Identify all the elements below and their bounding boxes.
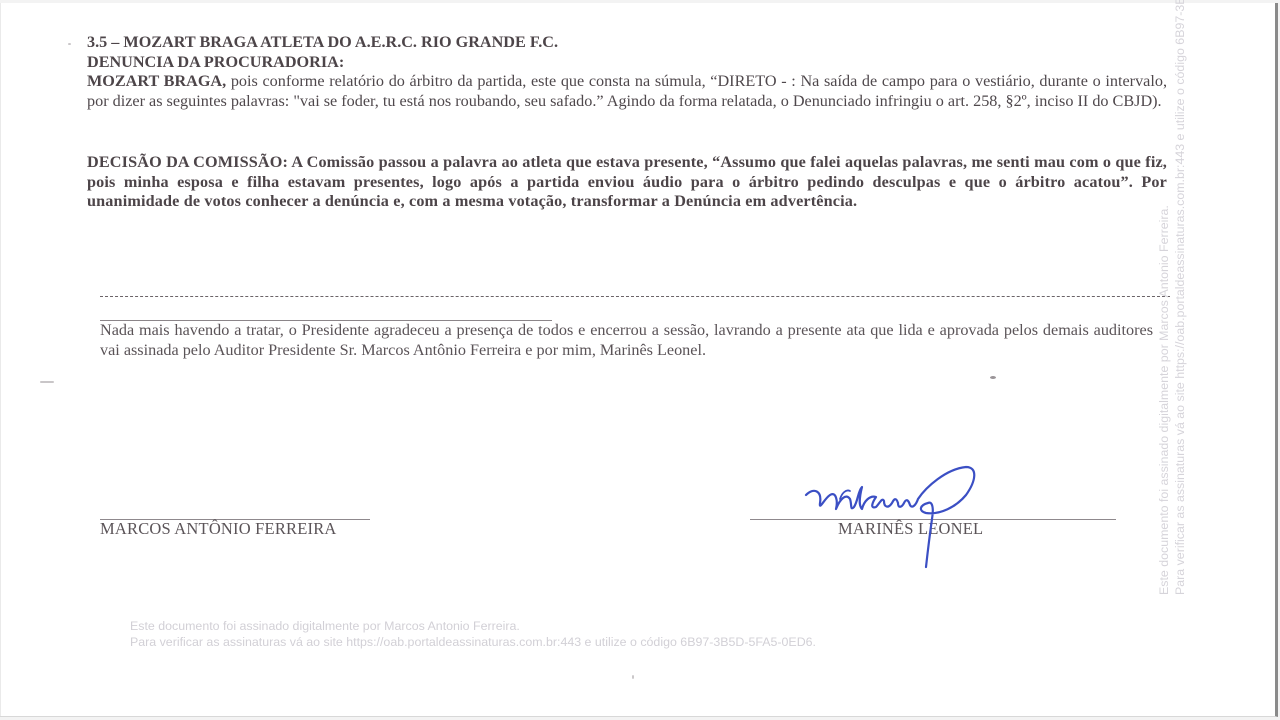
accusation-paragraph: MOZART BRAGA, pois conforme relatório do…: [87, 72, 1167, 111]
digital-signature-stamp: Este documento foi assinado digitalmente…: [130, 618, 816, 650]
section-divider: [100, 296, 1170, 297]
side-stamp-line-1: Este documento foi assinado digitalmente…: [1156, 0, 1172, 595]
signatory-name-left: MARCOS ANTÔNIO FERREIRA: [100, 519, 337, 539]
item-heading: 3.5 – MOZART BRAGA ATLETA DO A.E.R.C. RI…: [87, 33, 1167, 53]
vertical-signature-stamp: Este documento foi assinado digitalmente…: [1156, 0, 1188, 595]
handwritten-signature-icon: [800, 463, 990, 573]
side-stamp-line-2: Para verificar as assinaturas vá ao site…: [1172, 0, 1188, 595]
stamp-line-1: Este documento foi assinado digitalmente…: [130, 618, 816, 634]
closing-paragraph: Nada mais havendo a tratar, o Presidente…: [100, 321, 1153, 360]
document-page: 3.5 – MOZART BRAGA ATLETA DO A.E.R.C. RI…: [0, 3, 1278, 717]
scan-speck: [40, 381, 54, 383]
scan-speck: [68, 43, 71, 45]
stamp-line-2: Para verificar as assinaturas vá ao site…: [130, 634, 816, 650]
accusation-section: 3.5 – MOZART BRAGA ATLETA DO A.E.R.C. RI…: [87, 33, 1167, 111]
decision-section: DECISÃO DA COMISSÃO: A Comissão passou a…: [87, 153, 1167, 212]
section-heading: DENUNCIA DA PROCURADORIA:: [87, 53, 1167, 73]
accusation-text: pois conforme relatório do árbitro da pa…: [87, 72, 1167, 110]
accused-name: MOZART BRAGA,: [87, 72, 226, 90]
scan-speck: [990, 376, 996, 379]
decision-paragraph: DECISÃO DA COMISSÃO: A Comissão passou a…: [87, 153, 1167, 212]
scan-speck: [632, 675, 634, 679]
